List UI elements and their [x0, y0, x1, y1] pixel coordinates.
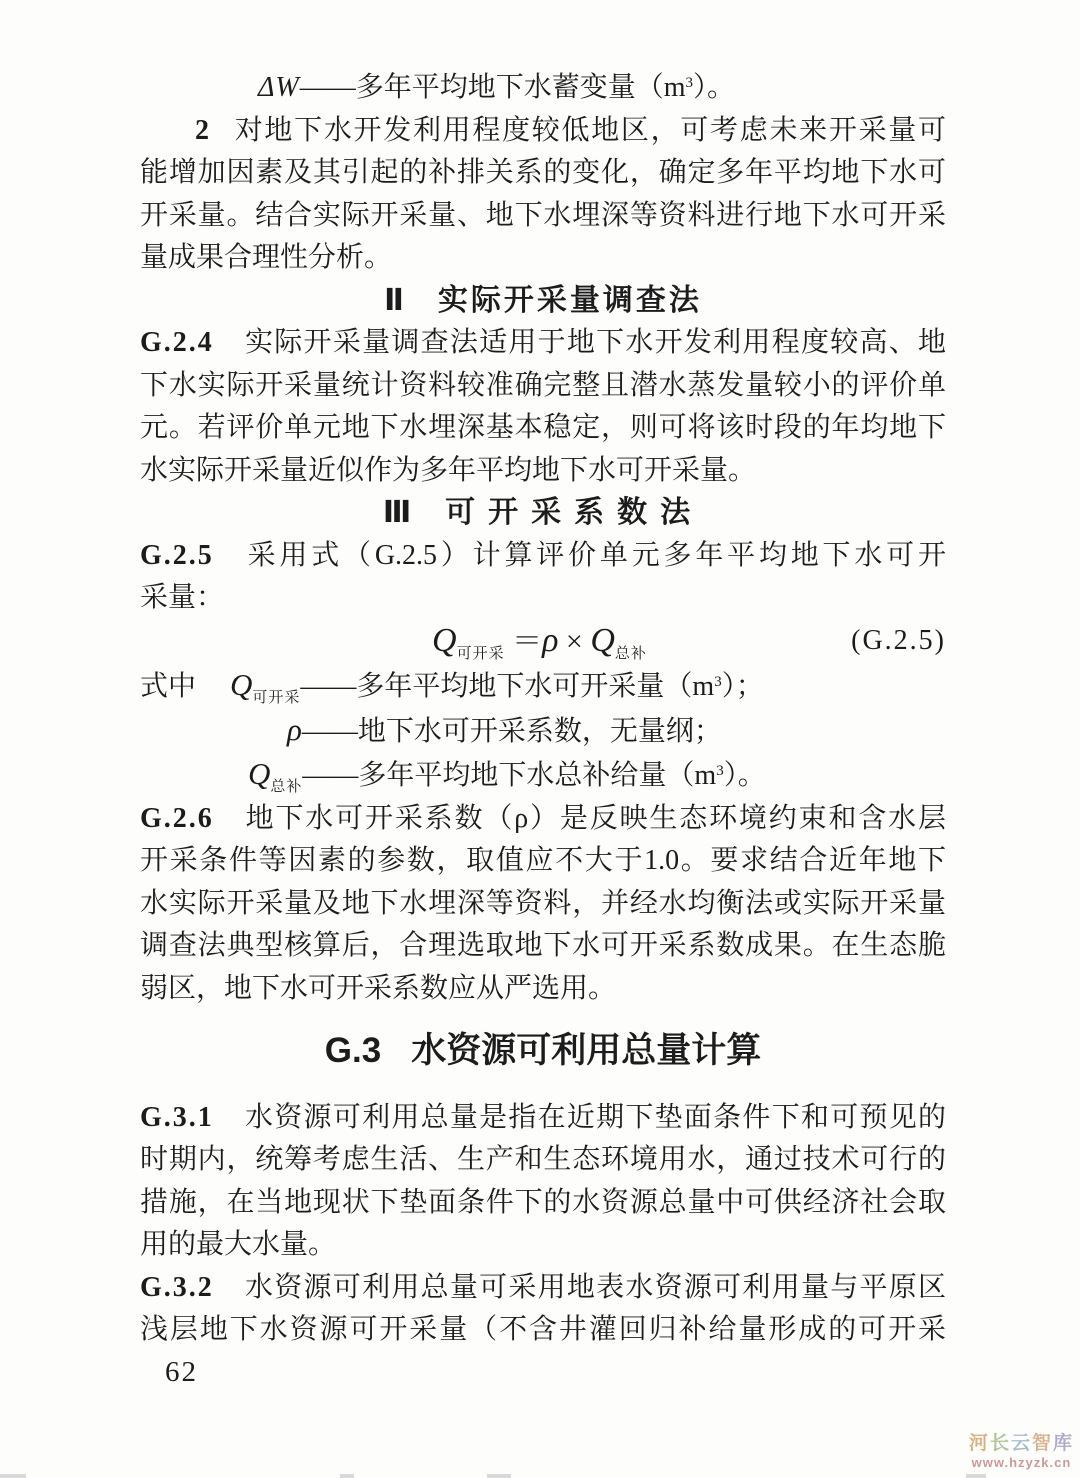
subheading-title: 实际开采量调查法 [438, 284, 702, 317]
q-total-recharge-variable: Q [590, 622, 615, 659]
page-number: 62 [165, 1356, 198, 1389]
clause-g24-line-3: 元。若评价单元地下水埋深基本稳定，则可将该时段的年均地下 [140, 407, 946, 450]
scan-artifact [0, 1474, 26, 1478]
clause-g25-line-2: 采量： [140, 577, 946, 620]
watermark-char: 云 [1011, 1433, 1032, 1454]
paragraph-number: 2 [195, 115, 209, 146]
clause-g25-line-1: G.2.5采用式（G.2.5）计算评价单元多年平均地下水可开 [140, 535, 946, 578]
q-total-recharge-subscript: 总补 [270, 779, 302, 795]
subheading-actual-extraction-survey: Ⅱ实际开采量调查法 [140, 280, 946, 323]
watermark-char: 河 [969, 1433, 990, 1454]
section-heading-g3: G.3水资源可利用总量计算 [140, 1030, 946, 1073]
rho-definition-line: ρ——地下水可开采系数，无量纲； [140, 709, 946, 754]
page-content: ΔW——多年平均地下水蓄变量（m3）。 2对地下水开发利用程度较低地区，可考虑未… [140, 67, 946, 1352]
q-exploitable-close: ）； [722, 671, 764, 702]
clause-g31-text: 水资源可利用总量是指在近期下垫面条件下和可预见的 [244, 1102, 946, 1133]
q-exploitable-subscript: 可开采 [252, 690, 300, 706]
clause-g24-line-2: 下水实际开采量统计资料较准确完整且潜水蒸发量较小的评价单 [140, 365, 946, 408]
clause-g24-line-1: G.2.4实际开采量调查法适用于地下水开发利用程度较高、地 [140, 322, 946, 365]
rho-variable: ρ [287, 712, 302, 747]
clause-g24-text: 实际开采量调查法适用于地下水开发利用程度较高、地 [244, 327, 946, 358]
equals-sign: ＝ [512, 625, 542, 658]
clause-label-g32: G.3.2 [140, 1272, 214, 1303]
paragraph-2-line-4: 量成果合理性分析。 [140, 237, 946, 280]
subheading-title: 可开采系数法 [445, 496, 703, 529]
clause-g26-line-4: 调查法典型核算后，合理选取地下水可开采系数成果。在生态脆 [140, 925, 946, 968]
clause-g31-line-4: 用的最大水量。 [140, 1224, 946, 1267]
watermark-title: 河长云智库 [969, 1428, 1074, 1455]
clause-g32-line-2: 浅层地下水资源可开采量（不含井灌回归补给量形成的可开采 [140, 1309, 946, 1352]
paragraph-2-line-2: 能增加因素及其引起的补排关系的变化，确定多年平均地下水可 [140, 152, 946, 195]
scan-artifact [340, 1474, 354, 1478]
section-label-g3: G.3 [325, 1031, 381, 1070]
section-title-g3: 水资源可利用总量计算 [411, 1031, 761, 1070]
q-total-recharge-subscript: 总补 [615, 646, 647, 662]
watermark-char: 智 [1032, 1433, 1053, 1454]
dw-definition-close: ）。 [693, 72, 735, 103]
clause-label-g31: G.3.1 [140, 1102, 214, 1133]
paragraph-2-line-1: 2对地下水开发利用程度较低地区，可考虑未来开采量可 [140, 110, 946, 153]
clause-g31-line-1: G.3.1水资源可利用总量是指在近期下垫面条件下和可预见的 [140, 1097, 946, 1140]
rho-definition: ——地下水可开采系数，无量纲； [302, 716, 722, 747]
watermark-char: 库 [1053, 1433, 1074, 1454]
symbol-definition-dw: ΔW——多年平均地下水蓄变量（m3）。 [140, 67, 946, 110]
clause-g31-line-2: 时期内，统筹考虑生活、生产和生态环境用水，通过技术可行的 [140, 1139, 946, 1182]
clause-label-g25: G.2.5 [140, 540, 214, 571]
q-total-recharge-definition: ——多年平均地下水总补给量（m [302, 760, 716, 791]
clause-label-g24: G.2.4 [140, 327, 214, 358]
watermark-char: 长 [990, 1433, 1011, 1454]
q-exploitable-variable: Q [432, 622, 457, 659]
q-total-recharge-line: Q总补——多年平均地下水总补给量（m3）。 [140, 753, 946, 798]
paragraph-2-text: 对地下水开发利用程度较低地区，可考虑未来开采量可 [233, 115, 946, 146]
q-exploitable-variable: Q [230, 667, 252, 702]
watermark-url: www.hzyzk.cn [969, 1455, 1074, 1470]
clause-g32-text: 水资源可利用总量可采用地表水资源可利用量与平原区 [244, 1272, 946, 1303]
cubic-meter-superscript: 3 [714, 674, 722, 690]
watermark: 河长云智库 www.hzyzk.cn [969, 1428, 1074, 1470]
clause-g24-line-4: 水实际开采量近似作为多年平均地下水可开采量。 [140, 450, 946, 493]
clause-g31-line-3: 措施，在当地现状下垫面条件下的水资源总量中可供经济社会取 [140, 1182, 946, 1225]
clause-label-g26: G.2.6 [140, 803, 214, 834]
clause-g26-line-3: 水实际开采量及地下水埋深等资料，并经水均衡法或实际开采量 [140, 883, 946, 926]
document-page: ΔW——多年平均地下水蓄变量（m3）。 2对地下水开发利用程度较低地区，可考虑未… [0, 0, 1080, 1478]
equation-g25-row: Q可开采 ＝ρ × Q总补 (G.2.5) [140, 620, 946, 665]
delta-w-symbol: ΔW [258, 72, 300, 103]
clause-g26-line-5: 弱区，地下水可开采系数应从严选用。 [140, 968, 946, 1011]
clause-g26-line-1: G.2.6地下水可开采系数（ρ）是反映生态环境约束和含水层 [140, 798, 946, 841]
rho-variable: ρ [542, 622, 558, 659]
scan-artifact [487, 1474, 511, 1478]
where-q-exploitable-line: 式中Q可开采——多年平均地下水可开采量（m3）； [140, 664, 946, 709]
clause-g32-line-1: G.3.2水资源可利用总量可采用地表水资源可利用量与平原区 [140, 1267, 946, 1310]
paragraph-2-line-3: 开采量。结合实际开采量、地下水埋深等资料进行地下水可开采 [140, 195, 946, 238]
roman-numeral-2: Ⅱ [384, 284, 404, 317]
where-prefix: 式中 [140, 671, 196, 702]
cubic-meter-superscript: 3 [686, 75, 694, 91]
times-sign: × [566, 625, 583, 658]
equation-g25: Q可开采 ＝ρ × Q总补 [140, 625, 647, 658]
clause-g25-text: 采用式（G.2.5）计算评价单元多年平均地下水可开 [244, 540, 946, 571]
equation-number: (G.2.5) [851, 620, 946, 663]
q-exploitable-subscript: 可开采 [457, 646, 505, 662]
clause-g26-line-2: 开采条件等因素的参数，取值应不大于1.0。要求结合近年地下 [140, 840, 946, 883]
clause-g26-text: 地下水可开采系数（ρ）是反映生态环境约束和含水层 [244, 803, 946, 834]
q-total-recharge-close: ）。 [724, 760, 766, 791]
q-total-recharge-variable: Q [248, 756, 270, 791]
subheading-extraction-coefficient: Ⅲ可开采系数法 [140, 492, 946, 535]
roman-numeral-3: Ⅲ [383, 496, 411, 529]
scan-artifact [966, 1474, 986, 1478]
q-exploitable-definition: ——多年平均地下水可开采量（m [300, 671, 714, 702]
cubic-meter-superscript: 3 [716, 763, 724, 779]
dw-definition-text: ——多年平均地下水蓄变量（m [300, 72, 686, 103]
